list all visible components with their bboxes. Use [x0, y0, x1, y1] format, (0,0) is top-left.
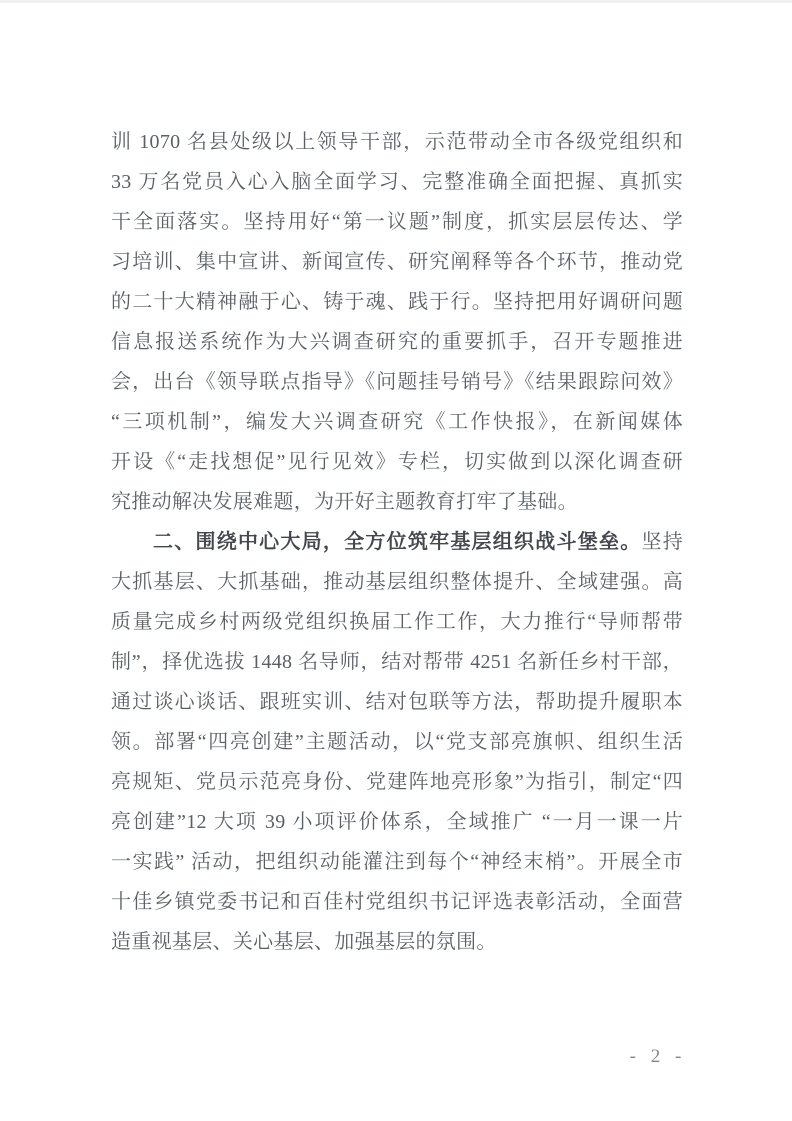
text-line: 领。部署“四亮创建”主题活动，以“党支部亮旗帜、组织生活 — [111, 722, 683, 762]
text-line: 亮规矩、党员示范亮身份、党建阵地亮形象”为指引，制定“四 — [111, 762, 683, 802]
paragraph-2: 二、围绕中心大局，全方位筑牢基层组织战斗堡垒。坚持 大抓基层、大抓基础，推动基层… — [111, 522, 683, 962]
document-body: 训 1070 名县处级以上领导干部，示范带动全市各级党组织和 33 万名党员入心… — [111, 122, 683, 962]
text-line: 制”，择优选拔 1448 名导师，结对帮带 4251 名新任乡村干部， — [111, 642, 683, 682]
paragraph-1: 训 1070 名县处级以上领导干部，示范带动全市各级党组织和 33 万名党员入心… — [111, 122, 683, 522]
text-line: 33 万名党员入心入脑全面学习、完整准确全面把握、真抓实 — [111, 162, 683, 202]
document-page: 训 1070 名县处级以上领导干部，示范带动全市各级党组织和 33 万名党员入心… — [0, 0, 792, 1121]
text-line: “三项机制”，编发大兴调查研究《工作快报》，在新闻媒体 — [111, 402, 683, 442]
text-line: 开设《“走找想促”见行见效》专栏，切实做到以深化调查研 — [111, 442, 683, 482]
page-number: - 2 - — [628, 1046, 688, 1068]
text-line: 会，出台《领导联点指导》《问题挂号销号》《结果跟踪问效》 — [111, 362, 683, 402]
text-line: 通过谈心谈话、跟班实训、结对包联等方法，帮助提升履职本 — [111, 682, 683, 722]
text-line: 十佳乡镇党委书记和百佳村党组织书记评选表彰活动，全面营 — [111, 882, 683, 922]
text-line: 二、围绕中心大局，全方位筑牢基层组织战斗堡垒。坚持 — [111, 522, 683, 562]
text-line: 干全面落实。坚持用好“第一议题”制度，抓实层层传达、学 — [111, 202, 683, 242]
text-line: 习培训、集中宣讲、新闻宣传、研究阐释等各个环节，推动党 — [111, 242, 683, 282]
text-line: 训 1070 名县处级以上领导干部，示范带动全市各级党组织和 — [111, 122, 683, 162]
text-line: 信息报送系统作为大兴调查研究的重要抓手，召开专题推进 — [111, 322, 683, 362]
section-heading: 二、围绕中心大局，全方位筑牢基层组织战斗堡垒。 — [153, 531, 641, 553]
scan-edge-artifact — [0, 0, 792, 3]
text-line: 质量完成乡村两级党组织换届工作工作，大力推行“导师帮带 — [111, 602, 683, 642]
text-line: 究推动解决发展难题，为开好主题教育打牢了基础。 — [111, 482, 683, 522]
text-line: 的二十大精神融于心、铸于魂、践于行。坚持把用好调研问题 — [111, 282, 683, 322]
text-line: 一实践” 活动，把组织动能灌注到每个“神经末梢”。开展全市 — [111, 842, 683, 882]
text-line: 造重视基层、关心基层、加强基层的氛围。 — [111, 922, 683, 962]
text-line: 大抓基层、大抓基础，推动基层组织整体提升、全域建强。高 — [111, 562, 683, 602]
text-line: 亮创建”12 大项 39 小项评价体系，全域推广 “一月一课一片 — [111, 802, 683, 842]
